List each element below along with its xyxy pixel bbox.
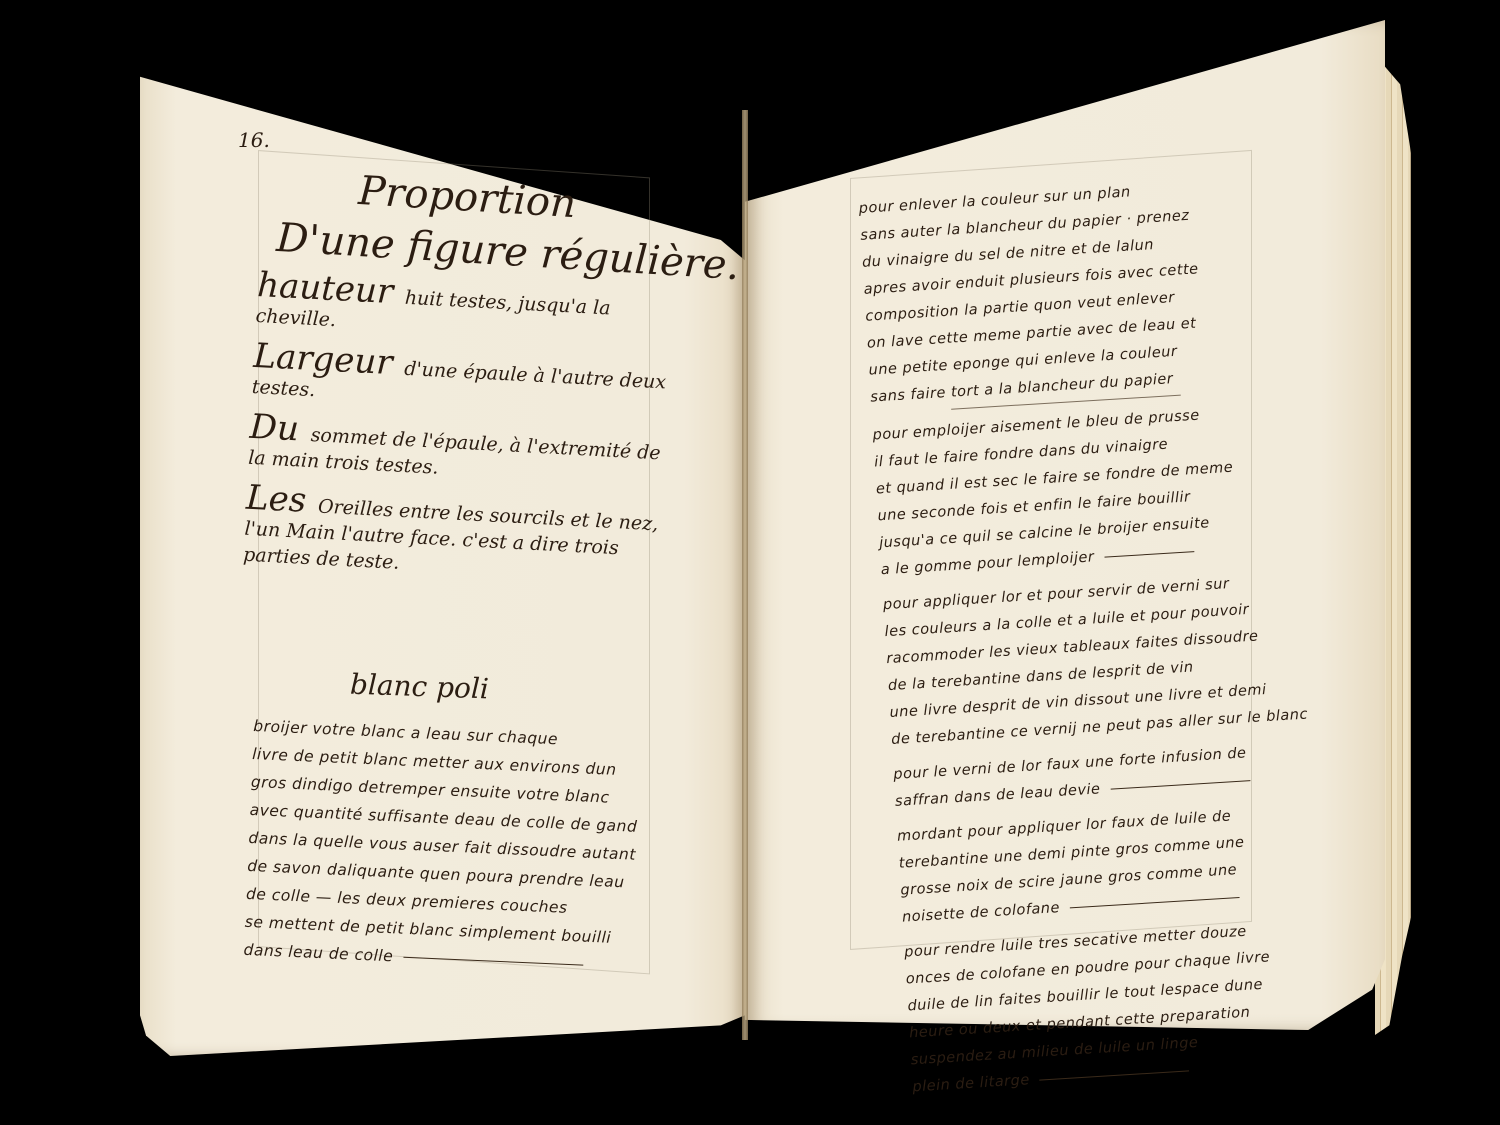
end-rule	[1040, 1070, 1190, 1080]
text-line-content: noisette de colofane	[902, 900, 1061, 926]
entry-lead: hauteur	[256, 265, 394, 312]
proportion-entries: hauteur huit testes, jusqu'a la cheville…	[242, 272, 678, 604]
book-gutter	[742, 110, 748, 1040]
entry-lead: Du	[249, 407, 300, 450]
end-rule	[403, 957, 583, 966]
entry-text: sommet de l'épaule, à l'extremité de la …	[248, 424, 661, 479]
recipe-line-text: dans leau de colle	[243, 941, 393, 966]
entry-largeur: Largeur d'une épaule à l'autre deux test…	[251, 343, 673, 422]
paragraph-verni-or: pour appliquer lor et pour servir de ver…	[882, 568, 1291, 754]
paragraph-enlever-couleur: pour enlever la couleur sur un plan sans…	[858, 172, 1271, 415]
entry-les-oreilles: Les Oreilles entre les sourcils et le ne…	[243, 485, 667, 590]
end-rule	[1110, 780, 1250, 790]
end-rule	[1104, 551, 1194, 557]
end-rule	[1070, 897, 1240, 908]
open-manuscript-book: 16. Proportion D'une figure régulière. h…	[0, 0, 1500, 1125]
right-page-recipes: pour enlever la couleur sur un plan sans…	[858, 172, 1313, 1110]
entry-lead: Les	[245, 478, 307, 521]
blanc-poli-recipe: broijer votre blanc a leau sur chaque li…	[243, 712, 649, 981]
section-title-blanc-poli: blanc poli	[349, 668, 489, 706]
paragraph-mordant: mordant pour appliquer lor faux de luile…	[896, 799, 1302, 931]
paragraph-bleu-de-prusse: pour emploijer aisement le bleu de pruss…	[872, 398, 1281, 584]
entry-du-sommet: Du sommet de l'épaule, à l'extremité de …	[248, 414, 670, 493]
page-number: 16.	[238, 128, 270, 152]
text-line-content: plein de litarge	[912, 1072, 1030, 1095]
paragraph-huile-secative: pour rendre luile tres secative metter d…	[903, 915, 1312, 1101]
